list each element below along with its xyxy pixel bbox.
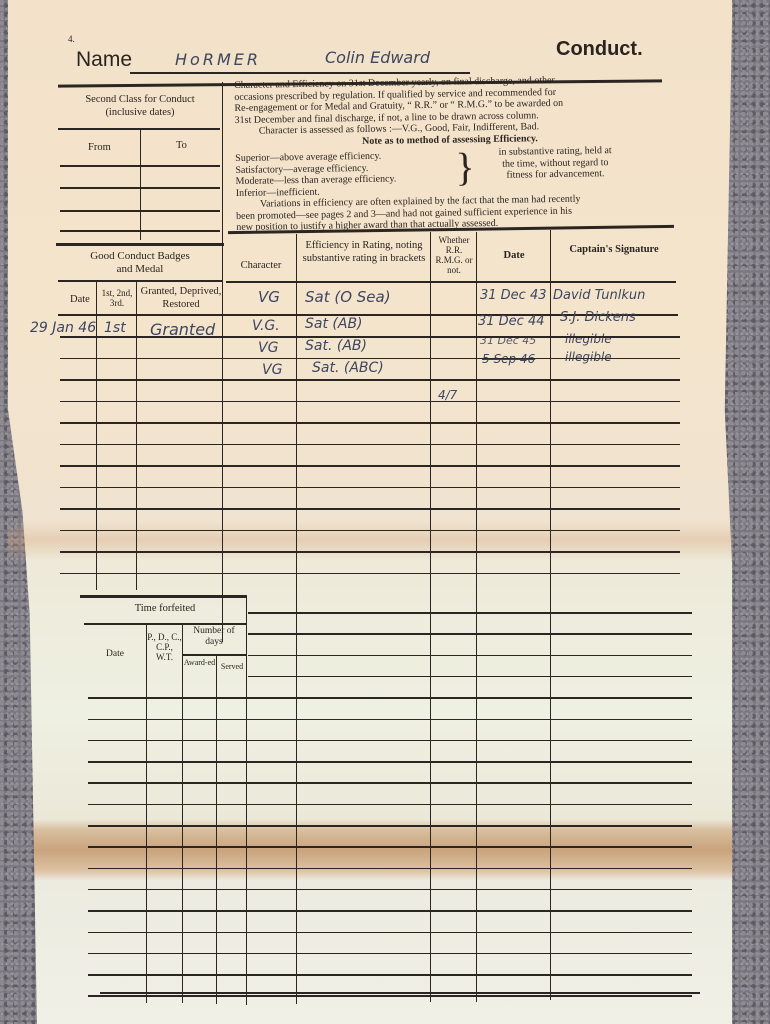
second-class-title: Second Class for Conduct (inclusive date…	[60, 94, 220, 119]
row-efficiency: Sat. (AB)	[305, 338, 367, 354]
row-character: VG	[258, 288, 280, 306]
ruling-line	[248, 633, 692, 635]
ruling-line	[88, 846, 692, 848]
col-tf-date: Date	[106, 648, 124, 661]
col-tf-awarded: Award-ed	[183, 658, 216, 667]
time-forfeited-divider	[182, 623, 183, 1003]
badges-title-line1: Good Conduct Badges	[58, 250, 222, 263]
second-class-row	[60, 187, 220, 189]
badge-date-value: 29 Jan 46	[30, 320, 96, 336]
badges-col-divider	[136, 280, 137, 590]
ruling-line	[60, 573, 680, 575]
col-tf-type: P., D., C., C.P., W.T.	[147, 632, 182, 662]
ruling-line	[88, 782, 692, 784]
col-badge-status: Granted, Deprived, Restored	[138, 286, 224, 311]
badges-title-line2: and Medal	[58, 263, 222, 276]
col-badge-date: Date	[70, 294, 90, 307]
second-class-divider	[140, 128, 141, 240]
col-from: From	[88, 142, 111, 155]
time-forfeited-border	[246, 595, 247, 1005]
row-character: V.G.	[252, 318, 280, 334]
col-efficiency: Efficiency in Rating, noting substantive…	[298, 240, 430, 265]
second-class-row	[60, 165, 220, 167]
efficiency-levels: Superior—above average efficiency. Satis…	[235, 142, 666, 199]
col-tf-served: Served	[217, 662, 247, 671]
ruling-line	[88, 995, 692, 997]
ruling-line	[60, 465, 680, 467]
col-date: Date	[478, 250, 550, 263]
paper-fold-shadow	[8, 520, 732, 560]
col-to: To	[176, 140, 187, 153]
ruling-line	[60, 358, 680, 360]
row-date: 31 Dec 44	[478, 314, 545, 329]
row-efficiency: Sat (AB)	[305, 316, 363, 332]
ruling-line	[88, 910, 692, 912]
ruling-line	[60, 336, 680, 338]
ruling-line	[88, 740, 692, 742]
time-forfeited-top-rule	[80, 595, 246, 598]
second-class-title-line2: (inclusive dates)	[60, 107, 220, 120]
ruling-line	[248, 676, 692, 678]
name-underline	[130, 72, 470, 74]
ruling-line	[60, 551, 680, 553]
ruling-line	[60, 530, 680, 532]
ruling-line	[60, 444, 680, 446]
name-label: Name	[76, 48, 132, 72]
col-badge-order: 1st, 2nd, 3rd.	[97, 288, 137, 308]
time-forfeited-title: Time forfeited	[84, 603, 246, 616]
ruling-line	[248, 612, 692, 614]
ruling-line	[100, 992, 700, 994]
ruling-line	[60, 487, 680, 489]
row-signature: S.J. Dickens	[560, 310, 636, 325]
badge-order-value: 1st	[104, 320, 126, 336]
row-efficiency: Sat (O Sea)	[305, 288, 391, 306]
ruling-line	[60, 379, 680, 381]
ruling-line	[248, 655, 692, 657]
ruling-line	[88, 804, 692, 806]
ruling-line	[88, 932, 692, 934]
time-forfeited-divider	[146, 623, 147, 1003]
days-subheader-rule	[182, 654, 246, 656]
second-class-row	[60, 230, 220, 232]
ruling-line	[88, 889, 692, 891]
badges-col-divider	[96, 280, 97, 590]
ruling-line	[60, 401, 680, 403]
badges-title: Good Conduct Badges and Medal	[58, 250, 222, 275]
ruling-line	[88, 761, 692, 763]
ruling-line	[60, 422, 680, 424]
second-class-row	[60, 210, 220, 212]
time-forfeited-rule	[84, 623, 246, 625]
assessment-col-divider	[430, 232, 431, 1002]
surname-field: HoRMER	[175, 50, 261, 69]
assessment-col-divider	[476, 232, 477, 1002]
assessment-col-divider	[550, 230, 551, 1000]
second-class-rule	[58, 128, 220, 130]
row-character: VG	[262, 362, 282, 378]
row-character: VG	[258, 340, 278, 356]
col-character: Character	[226, 260, 296, 273]
ruling-line	[88, 868, 692, 870]
ruling-line	[88, 697, 692, 699]
assessment-header-rule	[226, 281, 676, 283]
row-signature: illegible	[565, 332, 612, 346]
ruling-line	[88, 974, 692, 976]
ruling-line	[88, 953, 692, 955]
badges-subheader-rule	[58, 280, 222, 282]
row-date: 31 Dec 43	[480, 288, 547, 303]
badges-top-rule	[56, 243, 224, 246]
ruling-line	[60, 508, 680, 510]
left-block-border	[222, 82, 223, 642]
instructions-block: Character and Efficiency on 31st Decembe…	[234, 73, 666, 233]
page-number: 4.	[68, 34, 75, 44]
brace-icon: }	[455, 145, 476, 195]
ruling-line	[88, 719, 692, 721]
time-forfeited-divider	[216, 654, 217, 1004]
col-rmg: Whether R.R. R.M.G. or not.	[432, 235, 476, 275]
row-efficiency: Sat. (ABC)	[312, 360, 384, 376]
forenames-field: Colin Edward	[325, 48, 430, 67]
col-tf-days: Number of days	[184, 626, 244, 648]
second-class-title-line1: Second Class for Conduct	[60, 94, 220, 107]
col-signature: Captain's Signature	[552, 244, 676, 257]
efficiency-note: fitness for advancement.	[475, 168, 635, 182]
section-title: Conduct.	[556, 38, 643, 61]
ruling-line	[88, 825, 692, 827]
row-signature: David Tunlkun	[553, 288, 645, 303]
